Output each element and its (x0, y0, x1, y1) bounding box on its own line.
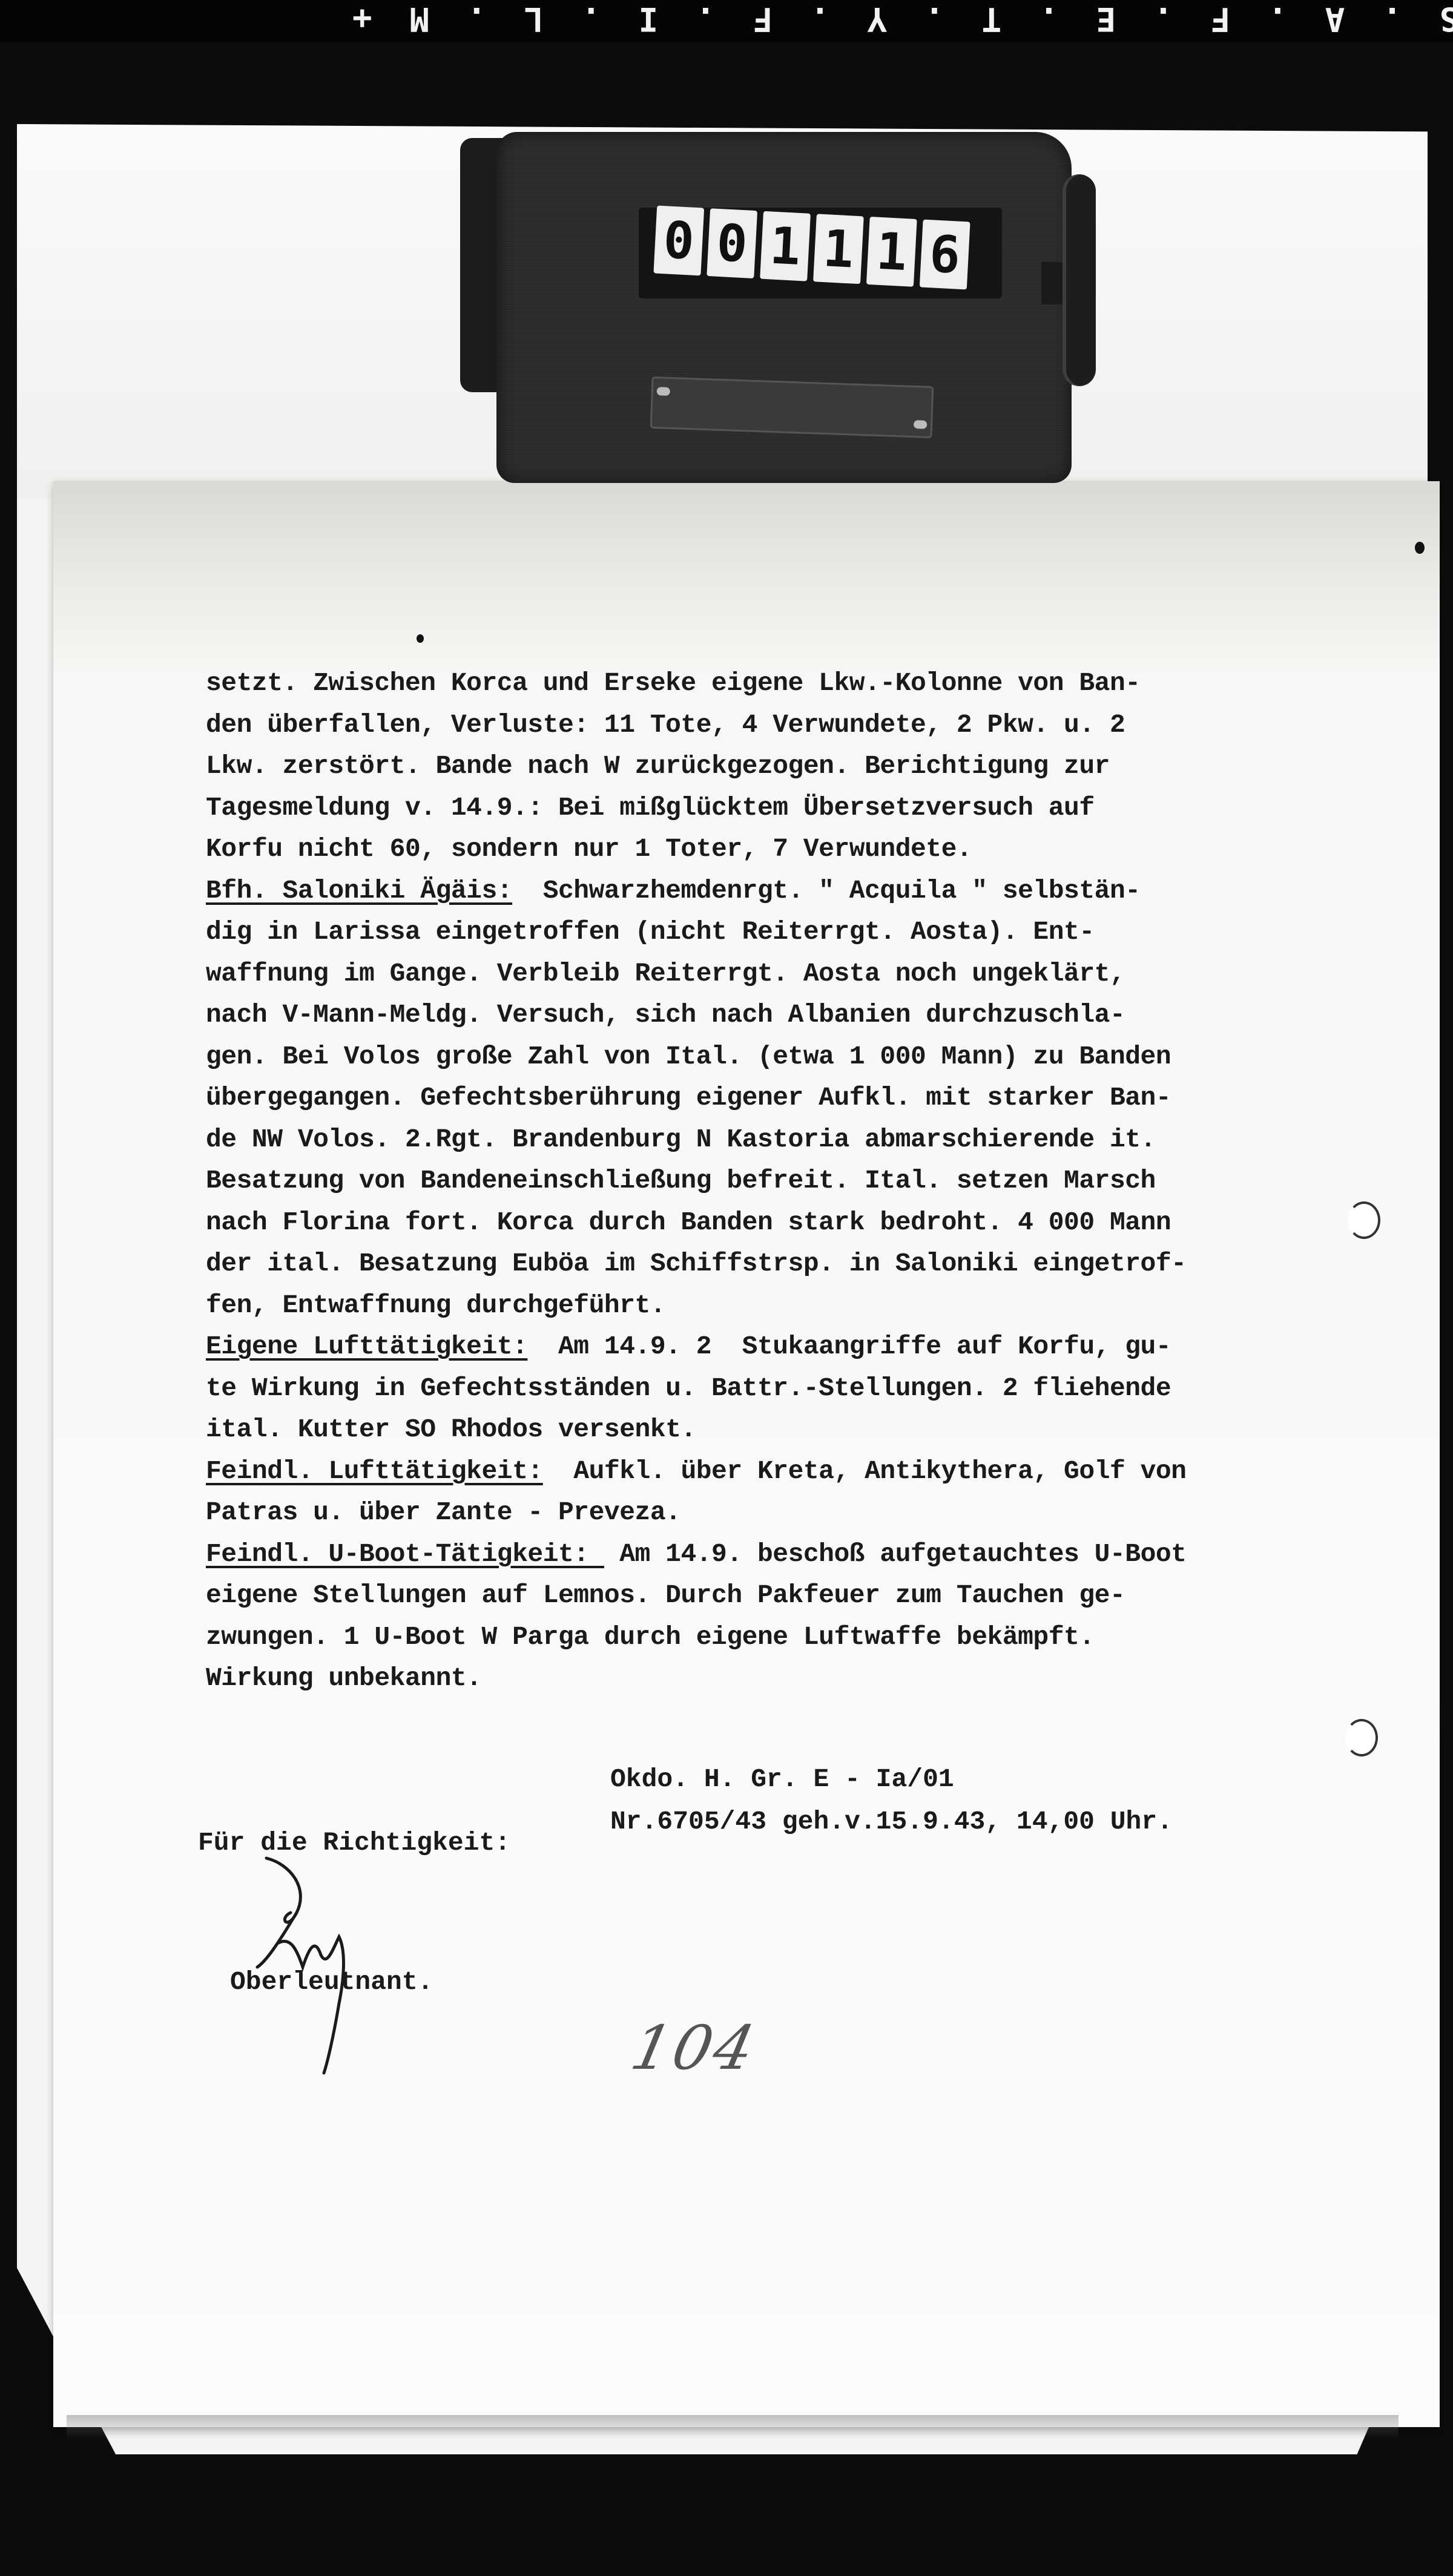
report-line: Wirkung unbekannt. (206, 1658, 1356, 1700)
film-edge-text: S.A.F.E.T.Y.F.I.L.M+ (315, 0, 1453, 38)
report-line: übergegangen. Gefechtsberührung eigener … (206, 1077, 1356, 1119)
ink-dot (417, 634, 424, 643)
punch-hole-bottom (1345, 1719, 1378, 1756)
counter-nameplate (650, 376, 934, 438)
reference-line-2: Nr.6705/43 geh.v.15.9.43, 14,00 Uhr. (610, 1801, 1173, 1843)
frame-counter: 0 0 1 1 1 6 (496, 132, 1102, 495)
report-line: nach Florina fort. Korca durch Banden st… (206, 1202, 1356, 1244)
line-text: dig in Larissa eingetroffen (nicht Reite… (206, 917, 1095, 947)
report-line: Besatzung von Bandeneinschließung befrei… (206, 1160, 1356, 1202)
report-line: ital. Kutter SO Rhodos versenkt. (206, 1409, 1356, 1451)
report-line: Eigene Lufttätigkeit: Am 14.9. 2 Stukaan… (206, 1326, 1356, 1368)
line-text: Am 14.9. beschoß aufgetauchtes U-Boot (604, 1539, 1187, 1569)
signatory-rank: Oberleutnant. (230, 1967, 433, 1997)
counter-digit: 0 (707, 208, 757, 278)
line-text: fen, Entwaffnung durchgeführt. (206, 1290, 665, 1320)
reference-block: Okdo. H. Gr. E - Ia/01 Nr.6705/43 geh.v.… (610, 1758, 1173, 1843)
line-text: de NW Volos. 2.Rgt. Brandenburg N Kastor… (206, 1125, 1156, 1154)
report-line: Patras u. über Zante - Preveza. (206, 1492, 1356, 1534)
line-text: zwungen. 1 U-Boot W Parga durch eigene L… (206, 1622, 1095, 1652)
line-text: Schwarzhemdenrgt. " Acquila " selbstän- (512, 876, 1140, 905)
line-text: Lkw. zerstört. Bande nach W zurückgezoge… (206, 751, 1110, 781)
section-heading: Bfh. Saloniki Ägäis: (206, 876, 512, 905)
line-text: Am 14.9. 2 Stukaangriffe auf Korfu, gu- (527, 1332, 1171, 1361)
report-body: setzt. Zwischen Korca und Erseke eigene … (206, 663, 1356, 1700)
report-line: fen, Entwaffnung durchgeführt. (206, 1285, 1356, 1327)
report-line: nach V-Mann-Meldg. Versuch, sich nach Al… (206, 994, 1356, 1036)
line-text: Tagesmeldung v. 14.9.: Bei mißglücktem Ü… (206, 793, 1095, 823)
line-text: den überfallen, Verluste: 11 Tote, 4 Ver… (206, 710, 1125, 740)
report-line: Feindl. Lufttätigkeit: Aufkl. über Kreta… (206, 1451, 1356, 1493)
report-line: der ital. Besatzung Euböa im Schiffstrsp… (206, 1243, 1356, 1285)
section-heading: Feindl. U-Boot-Tätigkeit: (206, 1539, 604, 1569)
line-text: übergegangen. Gefechtsberührung eigener … (206, 1083, 1171, 1112)
report-line: eigene Stellungen auf Lemnos. Durch Pakf… (206, 1575, 1356, 1617)
line-text: Korfu nicht 60, sondern nur 1 Toter, 7 V… (206, 834, 972, 864)
film-edge: S.A.F.E.T.Y.F.I.L.M+ (0, 0, 1453, 42)
report-line: den überfallen, Verluste: 11 Tote, 4 Ver… (206, 705, 1356, 746)
section-heading: Feindl. Lufttätigkeit: (206, 1456, 543, 1486)
report-line: dig in Larissa eingetroffen (nicht Reite… (206, 912, 1356, 953)
counter-digit: 0 (653, 206, 704, 276)
report-line: Lkw. zerstört. Bande nach W zurückgezoge… (206, 746, 1356, 787)
line-text: Besatzung von Bandeneinschließung befrei… (206, 1166, 1156, 1195)
page-shadow (67, 2415, 1399, 2439)
line-text: Aufkl. über Kreta, Antikythera, Golf von (543, 1456, 1187, 1486)
report-line: waffnung im Gange. Verbleib Reiterrgt. A… (206, 953, 1356, 995)
report-line: te Wirkung in Gefechtsständen u. Battr.-… (206, 1368, 1356, 1410)
report-line: Bfh. Saloniki Ägäis: Schwarzhemdenrgt. "… (206, 870, 1356, 912)
report-line: Korfu nicht 60, sondern nur 1 Toter, 7 V… (206, 829, 1356, 870)
line-text: nach V-Mann-Meldg. Versuch, sich nach Al… (206, 1000, 1125, 1030)
line-text: setzt. Zwischen Korca und Erseke eigene … (206, 668, 1141, 698)
report-line: setzt. Zwischen Korca und Erseke eigene … (206, 663, 1356, 705)
line-text: gen. Bei Volos große Zahl von Ital. (etw… (206, 1042, 1171, 1071)
reference-line-1: Okdo. H. Gr. E - Ia/01 (610, 1758, 1173, 1801)
line-text: der ital. Besatzung Euböa im Schiffstrsp… (206, 1249, 1186, 1278)
line-text: ital. Kutter SO Rhodos versenkt. (206, 1414, 696, 1444)
handwritten-page-number: 104 (625, 2012, 763, 2083)
report-line: Tagesmeldung v. 14.9.: Bei mißglücktem Ü… (206, 787, 1356, 829)
counter-digit: 1 (813, 214, 864, 284)
line-text: eigene Stellungen auf Lemnos. Durch Pakf… (206, 1580, 1125, 1610)
signature (254, 1846, 436, 2076)
ink-dot (1415, 542, 1425, 554)
report-line: zwungen. 1 U-Boot W Parga durch eigene L… (206, 1617, 1356, 1658)
line-text: waffnung im Gange. Verbleib Reiterrgt. A… (206, 959, 1125, 988)
line-text: nach Florina fort. Korca durch Banden st… (206, 1207, 1171, 1237)
line-text: Patras u. über Zante - Preveza. (206, 1497, 680, 1527)
counter-digit: 6 (920, 220, 970, 290)
report-line: de NW Volos. 2.Rgt. Brandenburg N Kastor… (206, 1119, 1356, 1161)
counter-digit: 1 (760, 211, 811, 281)
line-text: Wirkung unbekannt. (206, 1663, 481, 1693)
line-text: te Wirkung in Gefechtsständen u. Battr.-… (206, 1373, 1171, 1403)
section-heading: Eigene Lufttätigkeit: (206, 1332, 527, 1361)
counter-reset-knob (1063, 174, 1096, 386)
counter-digit: 1 (866, 217, 917, 287)
report-line: gen. Bei Volos große Zahl von Ital. (etw… (206, 1036, 1356, 1078)
report-line: Feindl. U-Boot-Tätigkeit: Am 14.9. besch… (206, 1534, 1356, 1575)
